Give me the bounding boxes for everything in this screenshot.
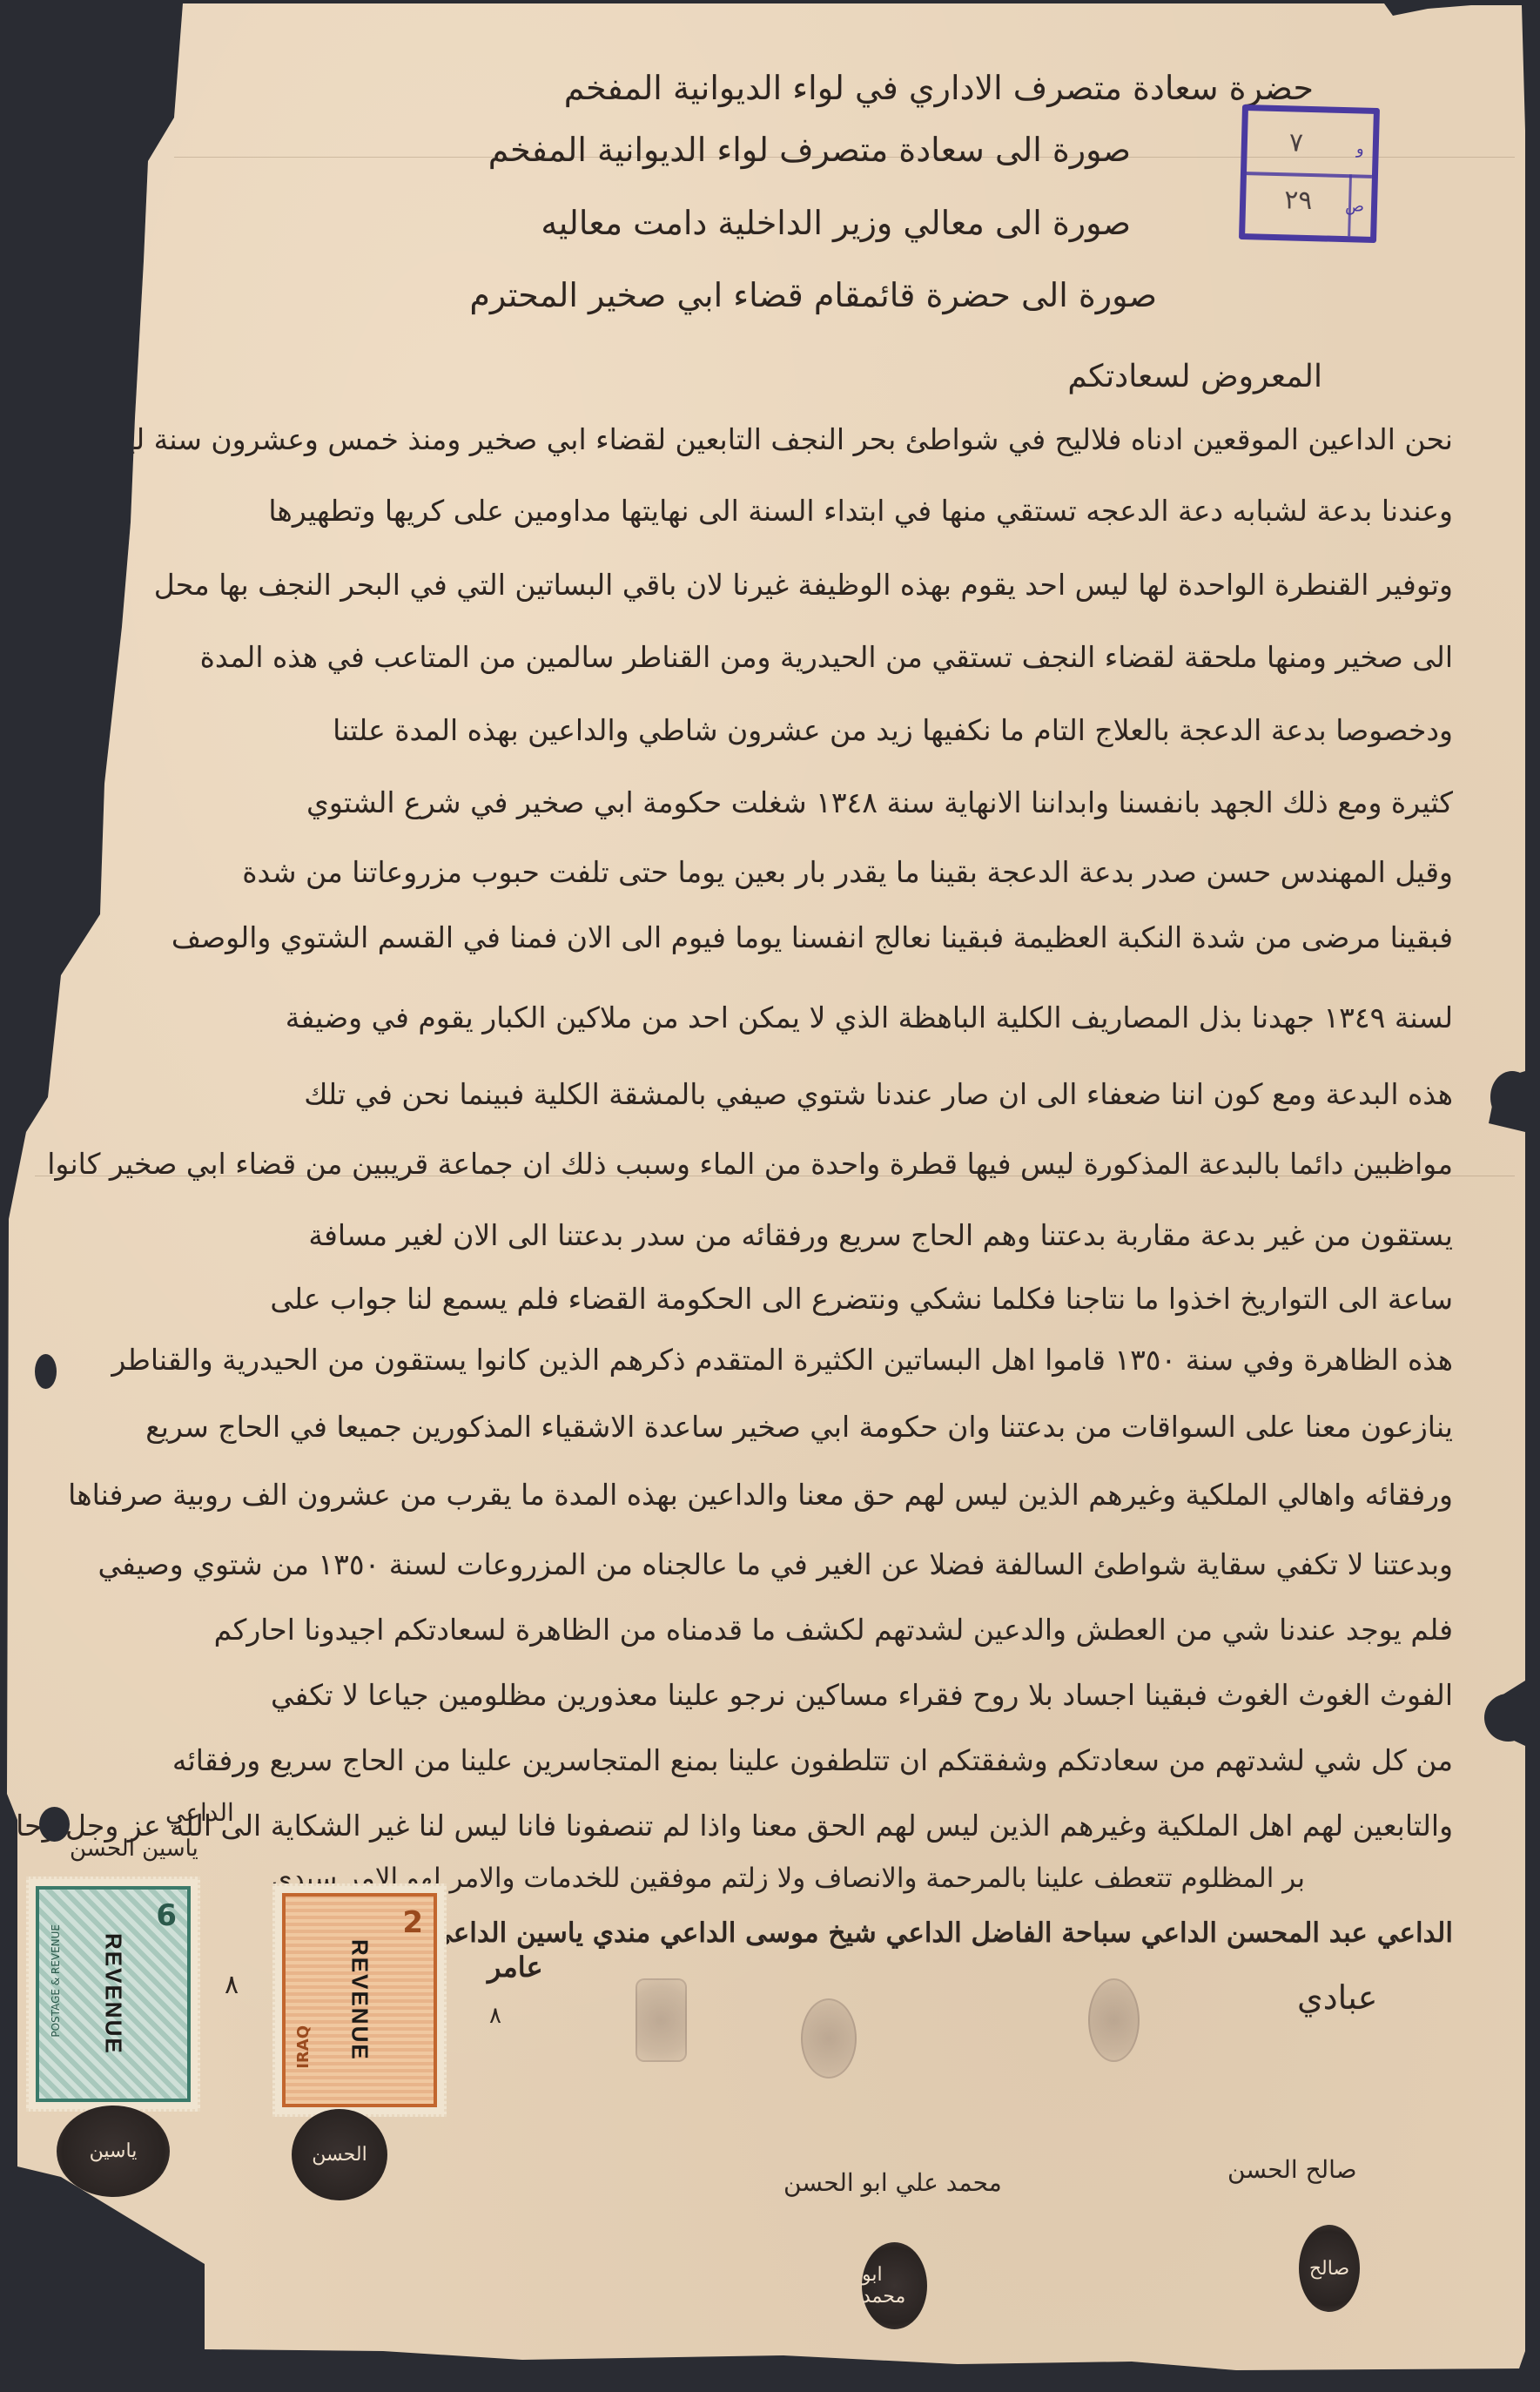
registration-date: ٢٩	[1284, 185, 1313, 216]
body-line: وقيل المهندس حسن صدر بدعة الدعجة بقينا م…	[242, 858, 1453, 886]
seal-impression: الحسن	[292, 2109, 387, 2200]
signature: عبادي	[1297, 1978, 1377, 2017]
body-line: وبدعتنا لا تكفي سقاية شواطئ السالفة فضلا…	[98, 1550, 1453, 1579]
body-line: الفوث الغوث الغوث فبقينا اجساد بلا روح ف…	[271, 1681, 1453, 1709]
body-line: مواظبين دائما بالبدعة المذكورة ليس فيها …	[47, 1149, 1453, 1178]
body-line: الى صخير ومنها ملحقة لقضاء النجف تستقي م…	[200, 643, 1453, 671]
punch-hole	[39, 1807, 70, 1842]
punch-hole	[1484, 1694, 1532, 1742]
revenue-stamp-orange: 2 IRAQ REVENUE	[272, 1883, 447, 2117]
body-line: هذه الظاهرة وفي سنة ١٣٥٠ قاموا اهل البسا…	[111, 1345, 1453, 1374]
body-line: من كل شي لشدتهم من سعادتكم وشفقتكم ان تت…	[172, 1746, 1453, 1775]
addressee-line: صورة الى سعادة متصرف لواء الديوانية المف…	[488, 133, 1131, 166]
seal-impression	[801, 1998, 857, 2079]
addressee-line: صورة الى حضرة قائمقام قضاء ابي صخير المح…	[469, 279, 1157, 312]
seal-impression: ياسين	[57, 2106, 170, 2197]
addressee-line: حضرة سعادة متصرف الاداري في لواء الديوان…	[564, 71, 1314, 104]
body-line: ورفقائه واهالي الملكية وغيرهم الذين ليس …	[68, 1480, 1453, 1509]
body-line: ينازعون معنا على السواقات من بدعتنا وان …	[145, 1412, 1453, 1441]
seal-impression: صالح	[1299, 2225, 1360, 2312]
stamp-divider	[1247, 172, 1372, 179]
registration-stamp: ٧ ٢٩ و ص	[1239, 104, 1380, 243]
body-line: وعندنا بدعة لشبابه دعة الدعجه تستقي منها…	[268, 496, 1453, 525]
stamp-type: POSTAGE & REVENUE	[50, 1924, 62, 2038]
stamp-face: 6 POSTAGE & REVENUE REVENUE	[36, 1886, 191, 2102]
closing-name: ياسين الحسن	[70, 1836, 198, 1862]
stamp-denomination: 2	[402, 1905, 423, 1940]
body-line: فلم يوجد عندنا شي من العطش والدعين لشدته…	[214, 1615, 1453, 1644]
seal-impression: ابو محمد	[862, 2242, 927, 2329]
seal-impression	[636, 1978, 687, 2062]
body-line: كثيرة ومع ذلك الجهد بانفسنا وابداننا الا…	[306, 788, 1453, 817]
closing-label: الداعي	[165, 1798, 234, 1827]
body-line: ساعة الى التواريخ اخذوا ما نتاجنا فكلما …	[270, 1284, 1453, 1313]
document-paper: حضرة سعادة متصرف الاداري في لواء الديوان…	[0, 0, 1540, 2392]
body-line: نحن الداعين الموقعين ادناه فلاليح في شوا…	[0, 425, 1453, 454]
registration-label: و	[1356, 139, 1364, 158]
stamp-overprint: REVENUE	[100, 1933, 127, 2055]
body-line: يستقون من غير بدعة مقاربة بدعتنا وهم الح…	[308, 1221, 1453, 1250]
registration-number: ٧	[1288, 127, 1303, 158]
marginal-note: ٨	[489, 2003, 501, 2029]
body-line: ودخصوصا بدعة الدعجة بالعلاج التام ما نكف…	[333, 716, 1453, 745]
stamp-country: IRAQ	[294, 2025, 313, 2069]
signatories-line: الداعي عبد المحسن الداعي سباحة الفاضل ال…	[335, 1920, 1453, 1947]
marginal-note: عامر	[488, 1951, 543, 1984]
punch-hole	[1490, 1071, 1534, 1123]
addressee-line: صورة الى معالي وزير الداخلية دامت معاليه	[541, 206, 1131, 239]
revenue-stamp-green: 6 POSTAGE & REVENUE REVENUE	[26, 1877, 200, 2112]
registration-label: ص	[1345, 197, 1364, 216]
signature: صالح الحسن	[1227, 2155, 1357, 2184]
punch-hole	[35, 1354, 57, 1389]
stamp-overprint: REVENUE	[346, 1939, 373, 2061]
marginal-note: ٨	[225, 1970, 239, 2000]
body-line: هذه البدعة ومع كون اننا ضعفاء الى ان صار…	[304, 1080, 1453, 1108]
body-line: وتوفير القنطرة الواحدة لها ليس احد يقوم …	[154, 570, 1453, 599]
seal-impression	[1088, 1978, 1140, 2062]
stamp-face: 2 IRAQ REVENUE	[282, 1893, 437, 2107]
salutation: المعروض لسعادتكم	[1067, 361, 1322, 393]
body-line: لسنة ١٣٤٩ جهدنا بذل المصاريف الكلية البا…	[286, 1003, 1453, 1032]
body-line: فبقينا مرضى من شدة النكبة العظيمة فبقينا…	[171, 923, 1453, 952]
stamp-denomination: 6	[156, 1898, 177, 1933]
signature: محمد علي ابو الحسن	[783, 2168, 1002, 2197]
